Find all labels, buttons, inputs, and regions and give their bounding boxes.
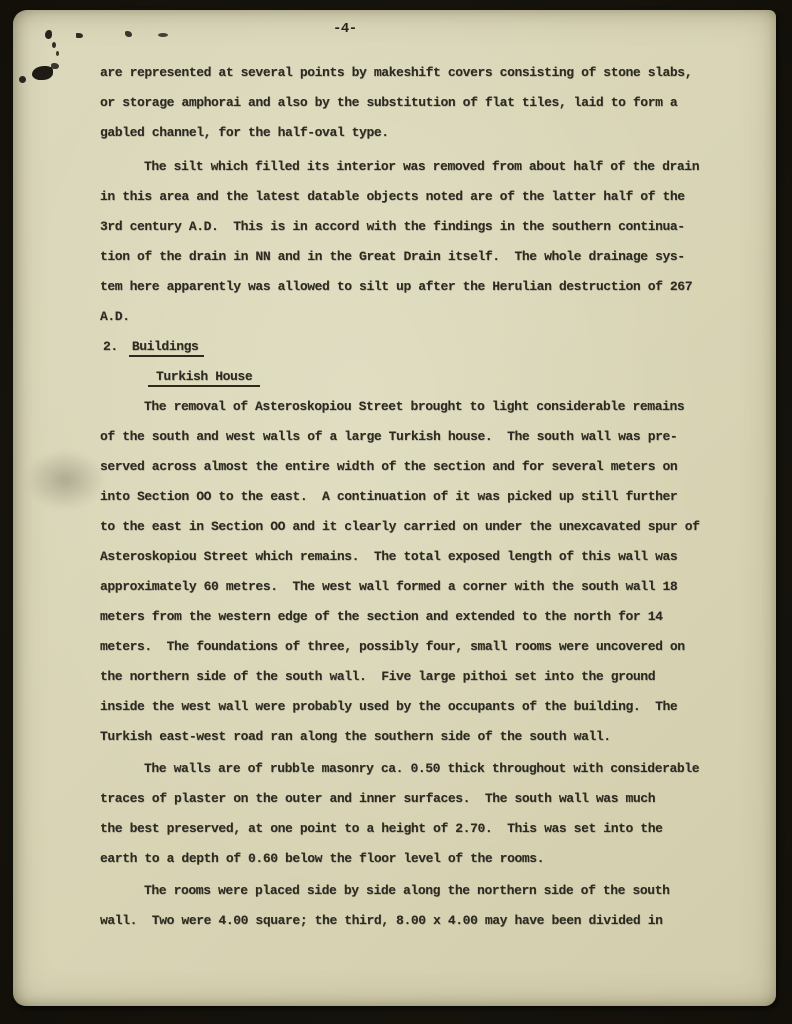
text-line: The rooms were placed side by side along… xyxy=(100,876,738,906)
text-line: in this area and the latest datable obje… xyxy=(100,182,738,212)
document-text: are represented at several points by mak… xyxy=(100,58,738,936)
text-line: gabled channel, for the half-oval type. xyxy=(100,118,738,148)
text-line: tem here apparently was allowed to silt … xyxy=(100,272,738,302)
subsection-heading: Turkish House xyxy=(100,362,738,392)
section-heading: 2.Buildings xyxy=(100,332,738,362)
text-line: the northern side of the south wall. Fiv… xyxy=(100,662,738,692)
ink-speck xyxy=(32,66,53,80)
text-line: Asteroskopiou Street which remains. The … xyxy=(100,542,738,572)
ink-speck xyxy=(45,30,52,39)
text-line: the best preserved, at one point to a he… xyxy=(100,814,738,844)
heading-number: 2. xyxy=(103,339,118,354)
heading-label: Turkish House xyxy=(148,369,260,387)
text-line: wall. Two were 4.00 square; the third, 8… xyxy=(100,906,738,936)
text-line: traces of plaster on the outer and inner… xyxy=(100,784,738,814)
text-line: approximately 60 metres. The west wall f… xyxy=(100,572,738,602)
ink-speck xyxy=(52,42,56,48)
text-line: 3rd century A.D. This is in accord with … xyxy=(100,212,738,242)
smudge-mark xyxy=(25,450,105,510)
text-line: meters from the western edge of the sect… xyxy=(100,602,738,632)
paragraph: The rooms were placed side by side along… xyxy=(100,876,738,936)
text-line: earth to a depth of 0.60 below the floor… xyxy=(100,844,738,874)
ink-speck xyxy=(76,33,83,38)
ink-speck xyxy=(56,51,59,56)
ink-speck xyxy=(51,63,59,69)
paragraph: are represented at several points by mak… xyxy=(100,58,738,148)
ink-speck xyxy=(19,76,26,83)
paragraph: The walls are of rubble masonry ca. 0.50… xyxy=(100,754,738,874)
page-number: -4- xyxy=(333,21,393,37)
text-line: or storage amphorai and also by the subs… xyxy=(100,88,738,118)
ink-speck xyxy=(158,33,168,37)
text-line: of the south and west walls of a large T… xyxy=(100,422,738,452)
text-line: to the east in Section OO and it clearly… xyxy=(100,512,738,542)
text-line: inside the west wall were probably used … xyxy=(100,692,738,722)
heading-label: Buildings xyxy=(129,339,205,357)
scanned-page-background: -4- are represented at several points by… xyxy=(0,0,792,1024)
text-line: tion of the drain in NN and in the Great… xyxy=(100,242,738,272)
text-line: served across almost the entire width of… xyxy=(100,452,738,482)
text-line: Turkish east-west road ran along the sou… xyxy=(100,722,738,752)
ink-speck xyxy=(125,31,132,37)
text-line: into Section OO to the east. A continuat… xyxy=(100,482,738,512)
text-line: A.D. xyxy=(100,302,738,332)
text-line: The silt which filled its interior was r… xyxy=(100,152,738,182)
text-line: meters. The foundations of three, possib… xyxy=(100,632,738,662)
paragraph: The removal of Asteroskopiou Street brou… xyxy=(100,392,738,752)
text-line: The removal of Asteroskopiou Street brou… xyxy=(100,392,738,422)
document-page: -4- are represented at several points by… xyxy=(13,10,776,1006)
text-line: The walls are of rubble masonry ca. 0.50… xyxy=(100,754,738,784)
paragraph: The silt which filled its interior was r… xyxy=(100,152,738,332)
text-line: are represented at several points by mak… xyxy=(100,58,738,88)
